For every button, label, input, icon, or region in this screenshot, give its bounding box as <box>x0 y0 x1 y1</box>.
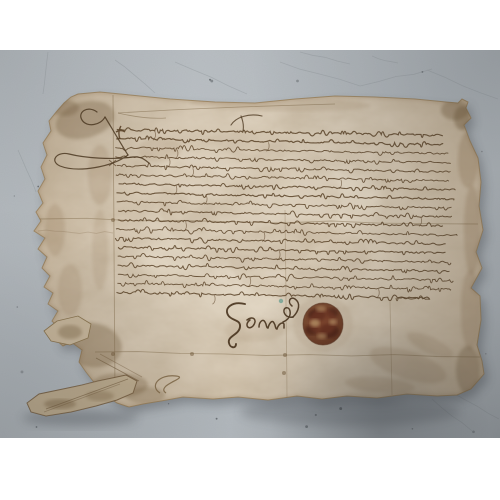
photo-vignette <box>0 50 500 438</box>
white-border-bottom <box>0 438 500 500</box>
white-border-top <box>0 0 500 50</box>
manuscript-photo-scene <box>0 0 500 500</box>
auction-lot-photo <box>0 0 500 500</box>
